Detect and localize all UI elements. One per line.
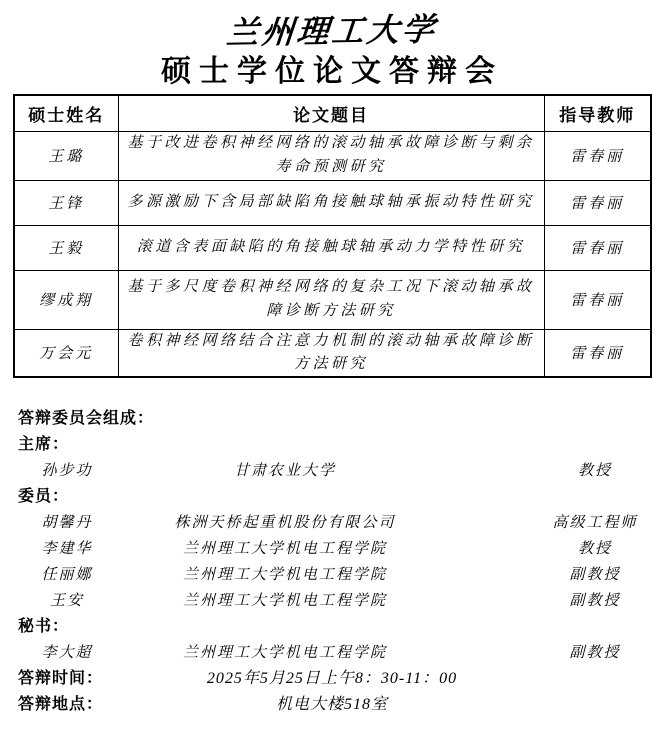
university-logo: 兰州理工大学 — [0, 0, 664, 52]
person-name: 王安 — [14, 588, 120, 614]
person-name: 胡馨丹 — [14, 510, 120, 536]
person-job-title: 教授 — [530, 536, 660, 562]
chair-label: 主席： — [0, 432, 664, 458]
student-name-cell: 万会元 — [14, 329, 118, 377]
committee-section: 答辩委员会组成： 主席： 孙步功 甘肃农业大学 教授 委员： 胡馨丹 株洲天桥起… — [0, 406, 664, 718]
thesis-title-cell: 基于多尺度卷积神经网络的复杂工况下滚动轴承故障诊断方法研究 — [118, 270, 544, 329]
defense-location-label: 答辩地点： — [18, 692, 103, 718]
thesis-title-cell: 基于改进卷积神经网络的滚动轴承故障诊断与剩余寿命预测研究 — [118, 131, 544, 180]
advisor-cell: 雷春丽 — [544, 329, 651, 377]
person-affiliation: 兰州理工大学机电工程学院 — [120, 588, 450, 614]
defense-schedule-table: 硕士姓名 论文题目 指导教师 王璐 基于改进卷积神经网络的滚动轴承故障诊断与剩余… — [13, 94, 652, 378]
table-row: 缪成翔 基于多尺度卷积神经网络的复杂工况下滚动轴承故障诊断方法研究 雷春丽 — [14, 270, 651, 329]
thesis-title-cell: 滚道含表面缺陷的角接触球轴承动力学特性研究 — [118, 225, 544, 270]
person-affiliation: 株洲天桥起重机股份有限公司 — [120, 510, 450, 536]
member-row: 任丽娜 兰州理工大学机电工程学院 副教授 — [0, 562, 664, 588]
members-label: 委员： — [0, 484, 664, 510]
student-name-cell: 王锋 — [14, 180, 118, 225]
person-job-title: 高级工程师 — [530, 510, 660, 536]
header-student-name: 硕士姓名 — [14, 95, 118, 131]
table-header-row: 硕士姓名 论文题目 指导教师 — [14, 95, 651, 131]
person-affiliation: 兰州理工大学机电工程学院 — [120, 640, 450, 666]
person-name: 李大超 — [14, 640, 120, 666]
defense-time-label: 答辩时间： — [18, 666, 103, 692]
advisor-cell: 雷春丽 — [544, 180, 651, 225]
student-name-cell: 王璐 — [14, 131, 118, 180]
person-job-title: 副教授 — [530, 640, 660, 666]
person-name: 孙步功 — [14, 458, 120, 484]
committee-heading: 答辩委员会组成： — [0, 406, 664, 432]
header-advisor: 指导教师 — [544, 95, 651, 131]
student-name-cell: 王毅 — [14, 225, 118, 270]
thesis-title-cell: 卷积神经网络结合注意力机制的滚动轴承故障诊断方法研究 — [118, 329, 544, 377]
defense-location-row: 答辩地点： 机电大楼518室 — [0, 692, 664, 718]
person-job-title: 教授 — [530, 458, 660, 484]
thesis-title-cell: 多源激励下含局部缺陷角接触球轴承振动特性研究 — [118, 180, 544, 225]
advisor-cell: 雷春丽 — [544, 131, 651, 180]
secretary-label: 秘书： — [0, 614, 664, 640]
member-row: 李建华 兰州理工大学机电工程学院 教授 — [0, 536, 664, 562]
defense-announcement-document: { "colors": {"text": "#000000", "border"… — [0, 0, 664, 749]
page-title: 硕士学位论文答辩会 — [0, 52, 664, 92]
table-row: 王毅 滚道含表面缺陷的角接触球轴承动力学特性研究 雷春丽 — [14, 225, 651, 270]
person-affiliation: 甘肃农业大学 — [120, 458, 450, 484]
table-row: 王锋 多源激励下含局部缺陷角接触球轴承振动特性研究 雷春丽 — [14, 180, 651, 225]
person-job-title: 副教授 — [530, 588, 660, 614]
header-thesis-title: 论文题目 — [118, 95, 544, 131]
defense-time-row: 答辩时间： 2025年5月25日上午8：30-11：00 — [0, 666, 664, 692]
person-name: 任丽娜 — [14, 562, 120, 588]
chair-row: 孙步功 甘肃农业大学 教授 — [0, 458, 664, 484]
person-affiliation: 兰州理工大学机电工程学院 — [120, 562, 450, 588]
person-affiliation: 兰州理工大学机电工程学院 — [120, 536, 450, 562]
table-row: 万会元 卷积神经网络结合注意力机制的滚动轴承故障诊断方法研究 雷春丽 — [14, 329, 651, 377]
secretary-row: 李大超 兰州理工大学机电工程学院 副教授 — [0, 640, 664, 666]
table-row: 王璐 基于改进卷积神经网络的滚动轴承故障诊断与剩余寿命预测研究 雷春丽 — [14, 131, 651, 180]
member-row: 王安 兰州理工大学机电工程学院 副教授 — [0, 588, 664, 614]
member-row: 胡馨丹 株洲天桥起重机股份有限公司 高级工程师 — [0, 510, 664, 536]
person-job-title: 副教授 — [530, 562, 660, 588]
university-logo-calligraphy: 兰州理工大学 — [225, 4, 439, 54]
advisor-cell: 雷春丽 — [544, 270, 651, 329]
advisor-cell: 雷春丽 — [544, 225, 651, 270]
student-name-cell: 缪成翔 — [14, 270, 118, 329]
person-name: 李建华 — [14, 536, 120, 562]
